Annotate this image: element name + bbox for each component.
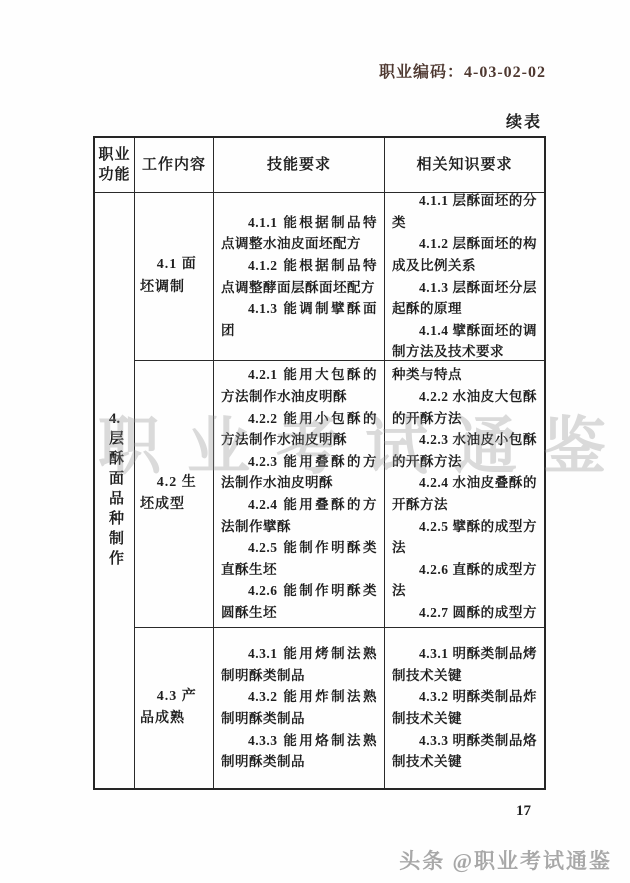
skill-item: 4.2.1 能用大包酥的方法制作水油皮明酥 [221, 364, 377, 407]
skills-cell-42: 4.2.1 能用大包酥的方法制作水油皮明酥 4.2.2 能用小包酥的方法制作水油… [214, 361, 385, 628]
knowledge-item: 4.3.2 明酥类制品炸制技术关键 [392, 686, 537, 729]
header-knowledge-requirements: 相关知识要求 [385, 138, 544, 193]
task-cell-42: 4.2 生坯成型 [135, 361, 214, 628]
knowledge-item: 4.2.7 圆酥的成型方法 [392, 602, 537, 628]
knowledge-item: 4.1.1 层酥面坯的分类 [392, 193, 537, 233]
task-cell-43: 4.3 产品成熟 [135, 628, 214, 788]
skill-item: 4.2.6 能制作明酥类圆酥生坯 [221, 580, 377, 623]
knowledge-item: 4.2.1 水油皮明酥的种类与特点 [392, 361, 537, 386]
knowledge-cell-43: 4.3.1 明酥类制品烤制技术关键 4.3.2 明酥类制品炸制技术关键 4.3.… [385, 628, 544, 788]
task-label: 4.3 产品成熟 [140, 686, 208, 731]
knowledge-item: 4.1.2 层酥面坯的构成及比例关系 [392, 233, 537, 276]
skill-item: 4.3.2 能用炸制法熟制明酥类制品 [221, 686, 377, 729]
occupation-code: 职业编码：4-03-02-02 [379, 59, 546, 82]
skills-cell-43: 4.3.1 能用烤制法熟制明酥类制品 4.3.2 能用炸制法熟制明酥类制品 4.… [214, 628, 385, 788]
function-number: 4. [109, 411, 120, 428]
knowledge-item: 4.2.5 擘酥的成型方法 [392, 516, 537, 559]
function-cell: 4. 层酥面品种制作 [95, 193, 135, 788]
knowledge-cell-42: 4.2.1 水油皮明酥的种类与特点 4.2.2 水油皮大包酥的开酥方法 4.2.… [385, 361, 544, 628]
skill-item: 4.2.3 能用叠酥的方法制作水油皮明酥 [221, 451, 377, 494]
skill-item: 4.1.1 能根据制品特点调整水油皮面坯配方 [221, 212, 377, 255]
header-work-content: 工作内容 [135, 138, 214, 193]
skill-item: 4.2.5 能制作明酥类直酥生坯 [221, 537, 377, 580]
skill-item: 4.2.2 能用小包酥的方法制作水油皮明酥 [221, 408, 377, 451]
skills-cell-41: 4.1.1 能根据制品特点调整水油皮面坯配方 4.1.2 能根据制品特点调整酵面… [214, 193, 385, 361]
knowledge-item: 4.3.1 明酥类制品烤制技术关键 [392, 643, 537, 686]
task-label: 4.2 生坯成型 [140, 472, 208, 517]
knowledge-cell-41: 4.1.1 层酥面坯的分类 4.1.2 层酥面坯的构成及比例关系 4.1.3 层… [385, 193, 544, 361]
page-number: 17 [516, 803, 531, 820]
header-occupational-function: 职业功能 [95, 138, 135, 193]
skill-item: 4.2.4 能用叠酥的方法制作擘酥 [221, 494, 377, 537]
document-page: 职业编码：4-03-02-02 续表 职业功能 工作内容 技能要求 相关知识要求… [0, 0, 630, 883]
standard-table: 职业功能 工作内容 技能要求 相关知识要求 4. 层酥面品种制作 4.1 面坯调… [93, 136, 546, 790]
task-label: 4.1 面坯调制 [140, 254, 208, 299]
skill-item: 4.1.3 能调制擘酥面团 [221, 298, 377, 341]
task-cell-41: 4.1 面坯调制 [135, 193, 214, 361]
knowledge-item: 4.1.3 层酥面坯分层起酥的原理 [392, 277, 537, 320]
knowledge-item: 4.1.4 擘酥面坯的调制方法及技术要求 [392, 320, 537, 361]
header-skill-requirements: 技能要求 [214, 138, 385, 193]
skill-item: 4.3.3 能用烙制法熟制明酥类制品 [221, 730, 377, 773]
continued-table-label: 续表 [506, 109, 542, 132]
bottom-watermark: 头条 @职业考试通鉴 [399, 845, 612, 875]
skill-item: 4.3.1 能用烤制法熟制明酥类制品 [221, 643, 377, 686]
function-name: 层酥面品种制作 [107, 430, 122, 570]
knowledge-item: 4.2.2 水油皮大包酥的开酥方法 [392, 386, 537, 429]
skill-item: 4.1.2 能根据制品特点调整酵面层酥面坯配方 [221, 255, 377, 298]
knowledge-item: 4.2.3 水油皮小包酥的开酥方法 [392, 429, 537, 472]
knowledge-item: 4.3.3 明酥类制品烙制技术关键 [392, 730, 537, 773]
knowledge-item: 4.2.6 直酥的成型方法 [392, 559, 537, 602]
knowledge-item: 4.2.4 水油皮叠酥的开酥方法 [392, 472, 537, 515]
